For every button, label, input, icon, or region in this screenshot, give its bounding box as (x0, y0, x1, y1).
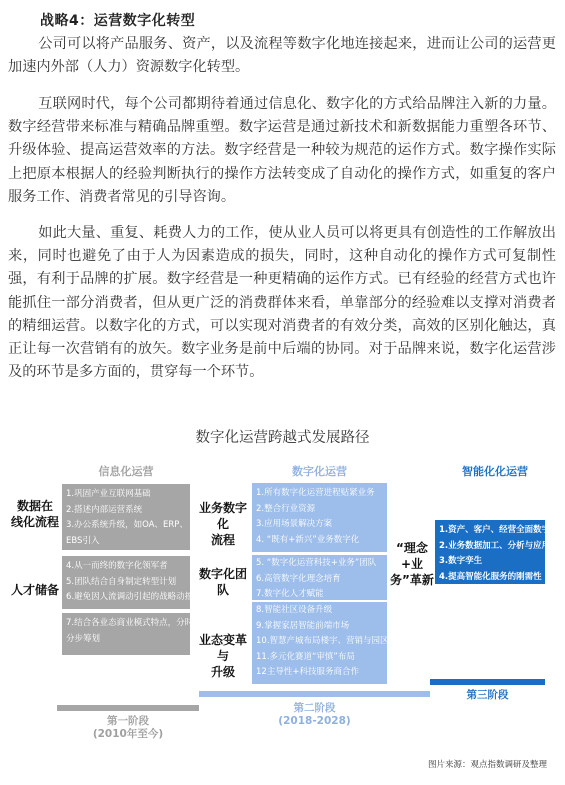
list-item: 4.从一而终的数字化领军者 (66, 559, 186, 575)
stage-3-header: 智能化化运营 (445, 463, 545, 479)
list-item: 2.整合行业资源 (256, 502, 383, 518)
paragraph-1-text: 公司可以将产品服务、资产，以及流程等数字化地连接起来，进而让公司的运营更加速内外… (8, 36, 556, 75)
stage-1-box-3: 7.结合各业态商业模式特点，分时， 分步筹划 (62, 613, 190, 655)
list-item: 8.智能社区设备升级 (256, 603, 383, 619)
stage-2-name: 第二阶段 (199, 702, 430, 715)
list-item: 1.巩固产业互联网基础 (66, 487, 186, 503)
list-item: 7.数字化人才赋能 (256, 587, 383, 600)
list-item: 1.资产、客户、经营全面数字化 (439, 523, 541, 539)
list-item: 10.智慧产城布局楼宇、营销与园区 (256, 634, 383, 650)
stage-1-period: (2010年至今) (57, 728, 199, 741)
stage-1-row-label-talent: 人才储备 (10, 582, 60, 598)
paragraph-3-text: 如此大量、重复、耗费人力的工作，使从业人员可以将更具有创造性的工作解放出来，同时… (8, 225, 556, 380)
paragraph-1: 公司可以将产品服务、资产，以及流程等数字化地连接起来，进而让公司的运营更加速内外… (8, 33, 556, 79)
list-item: 6.高管数字化理念培育 (256, 572, 383, 588)
stage-1-label: 第一阶段 (2010年至今) (57, 715, 199, 741)
paragraph-3: 如此大量、重复、耗费人力的工作，使从业人员可以将更具有创造性的工作解放出来，同时… (8, 222, 556, 384)
stage-2-row-label-transformation: 业态变革与 升级 (194, 632, 252, 680)
stage-1-box-1: 1.巩固产业互联网基础 2.搭述内部运营系统 3.办公系统升级，如OA、ERP、… (62, 484, 190, 550)
figure-title: 数字化运营跨越式发展路径 (0, 426, 565, 447)
paragraph-2: 互联网时代，每个公司都期待着通过信息化、数字化的方式给品牌注入新的力量。数字经营… (8, 93, 556, 209)
stage-3-label: 第三阶段 (430, 689, 545, 702)
list-item: 分步筹划 (66, 632, 186, 648)
list-item: 3.办公系统升级，如OA、ERP、 (66, 518, 186, 534)
stage-3-row-label-innovation: “理念+业 务”革新 (388, 540, 436, 588)
stage-3-box-1: 1.资产、客户、经营全面数字化 2.业务数据加工、分析与应用 3.数字孪生 4.… (435, 520, 545, 584)
stage-1-bar (57, 705, 199, 711)
list-item: 3.应用场景解决方案 (256, 517, 383, 533)
list-item: EBS引入 (66, 534, 186, 550)
stage-2-row-label-business: 业务数字化 流程 (194, 500, 252, 548)
stage-2-row-label-team: 数字化团队 (194, 566, 252, 598)
list-item: 7.结合各业态商业模式特点，分时， (66, 616, 186, 632)
paragraph-2-text: 互联网时代，每个公司都期待着通过信息化、数字化的方式给品牌注入新的力量。数字经营… (8, 96, 556, 205)
list-item: 2.业务数据加工、分析与应用 (439, 539, 541, 555)
stage-3-name: 第三阶段 (430, 689, 545, 702)
list-item: 5.团队结合自身制定转型计划 (66, 575, 186, 591)
list-item: 1.所有数字化运营进程贴紧业务 (256, 486, 383, 502)
stage-1-name: 第一阶段 (57, 715, 199, 728)
list-item: 6.避免因人流调动引起的战略动摇 (66, 590, 186, 606)
stage-2-period: (2018-2028) (199, 715, 430, 728)
stage-2-box-2: 5. “数字化运营科技+业务”团队 6.高管数字化理念培育 7.数字化人才赋能 (252, 555, 387, 600)
section-heading: 战略4：运营数字化转型 (40, 10, 195, 30)
list-item: 4.提高智能化服务的刚需性 (439, 570, 541, 585)
stage-2-box-1: 1.所有数字化运营进程贴紧业务 2.整合行业资源 3.应用场景解决方案 4. “… (252, 483, 387, 552)
list-item: 11.多元化赛道“审慎”布局 (256, 650, 383, 666)
stage-2-label: 第二阶段 (2018-2028) (199, 702, 430, 728)
stage-2-bar (199, 691, 430, 697)
list-item: 4. “既有+新兴”业务数字化 (256, 533, 383, 549)
list-item: 2.搭述内部运营系统 (66, 503, 186, 519)
stage-2-header: 数字化运营 (252, 463, 387, 479)
list-item: 9.掌握家居智能前端市场 (256, 619, 383, 635)
list-item: 3.数字孪生 (439, 554, 541, 570)
stage-1-box-2: 4.从一而终的数字化领军者 5.团队结合自身制定转型计划 6.避免因人流调动引起… (62, 556, 190, 609)
figure-source: 图片来源：观点指数调研及整理 (428, 758, 547, 770)
list-item: 12主导性+科技服务商合作 (256, 665, 383, 681)
list-item: 5. “数字化运营科技+业务”团队 (256, 556, 383, 572)
stage-2-box-3: 8.智能社区设备升级 9.掌握家居智能前端市场 10.智慧产城布局楼宇、营销与园… (252, 602, 387, 684)
stage-3-bar (430, 679, 545, 685)
stage-1-header: 信息化运营 (62, 463, 190, 479)
stage-1-row-label-data-online: 数据在 线化流程 (10, 498, 60, 530)
